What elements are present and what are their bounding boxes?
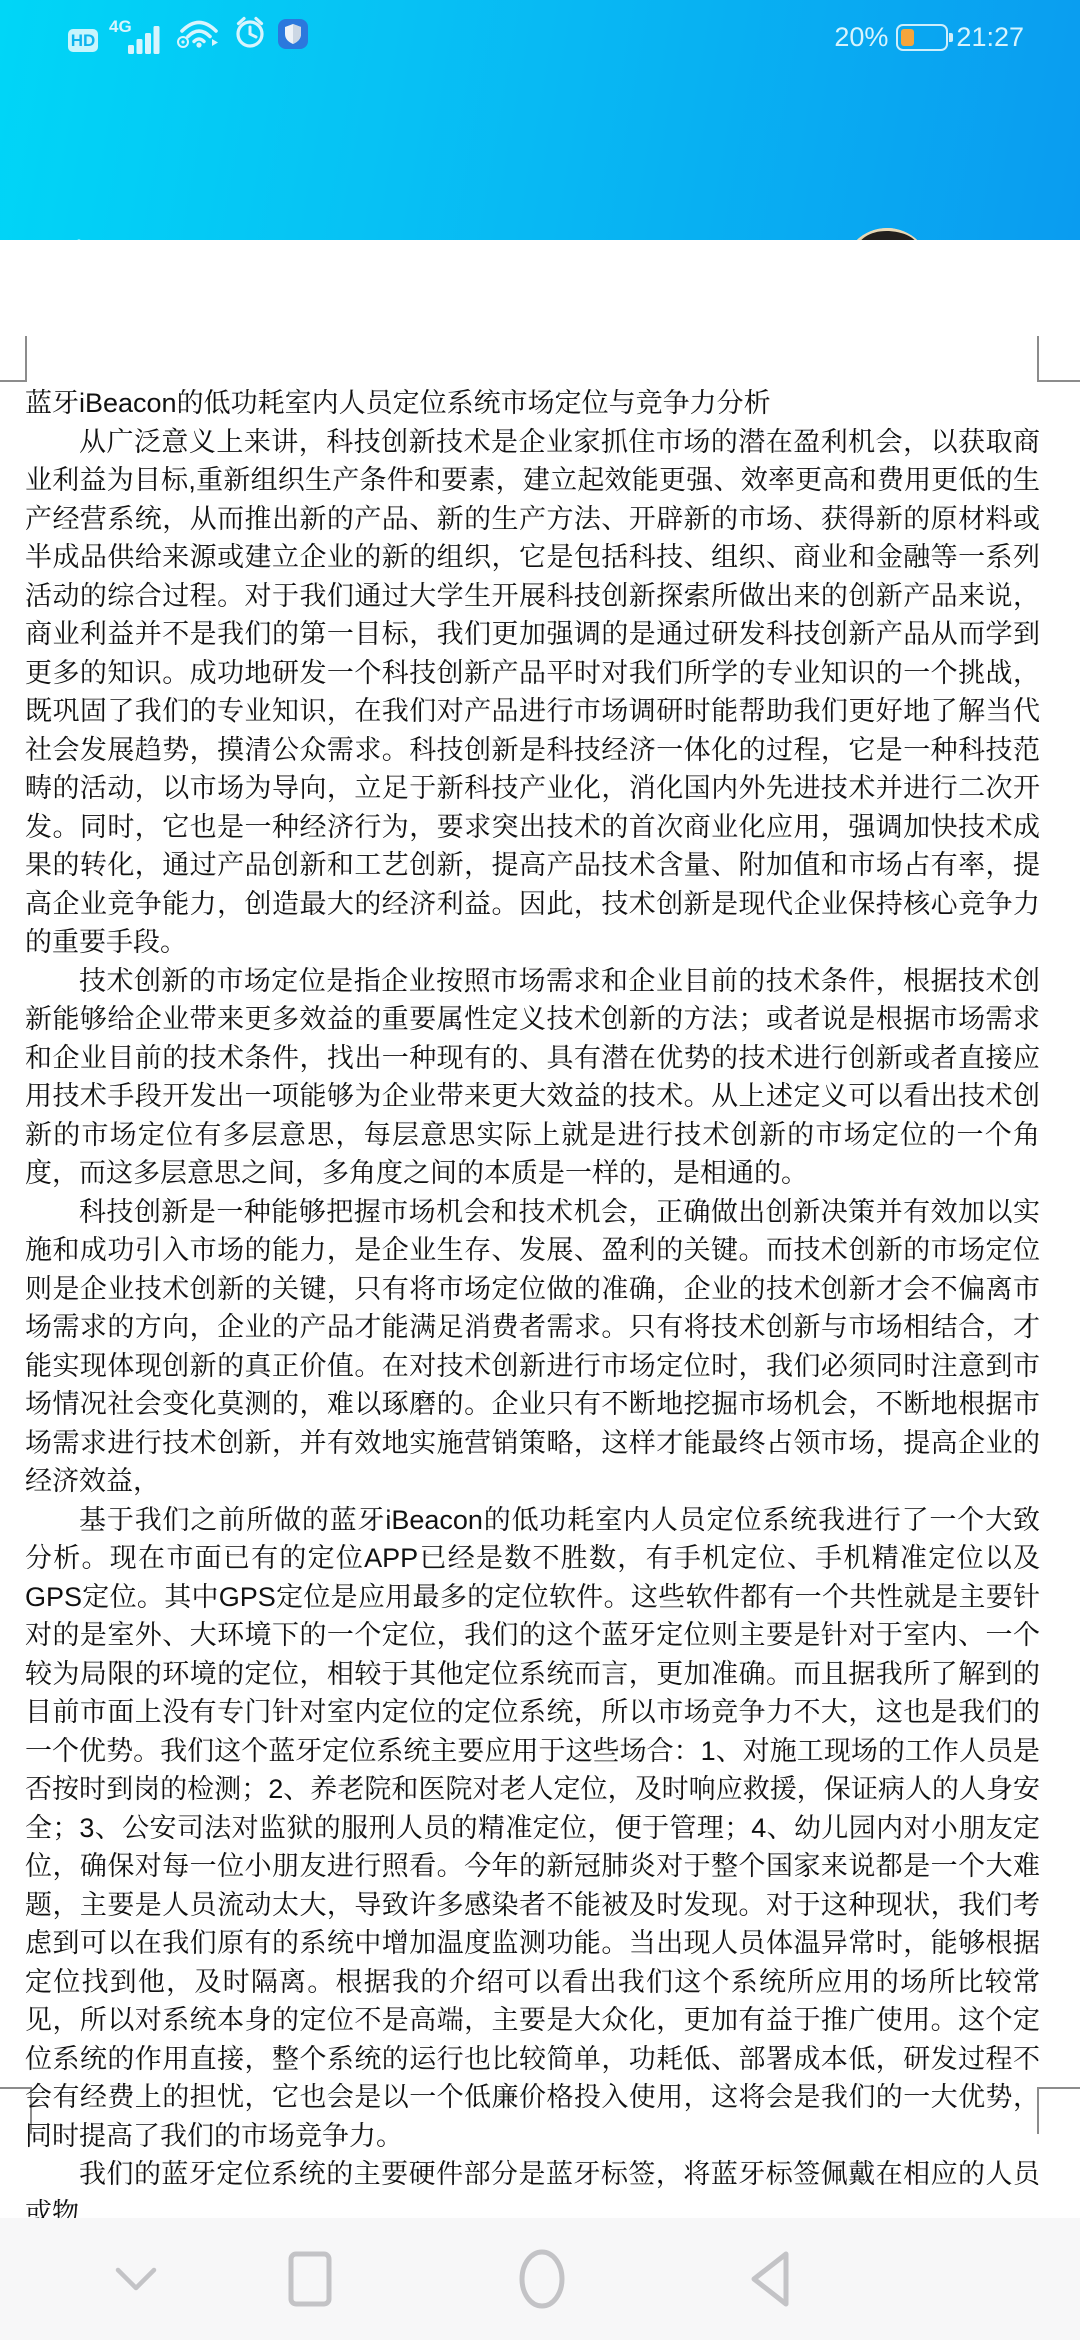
margin-corner-top-right	[1037, 336, 1080, 382]
phone-screen: HD 4G	[0, 0, 1080, 2340]
wifi-icon	[176, 15, 222, 54]
android-nav-bar	[0, 2218, 1080, 2340]
doc-heading: 蓝牙iBeacon的低功耗室内人员定位系统市场定位与竞争力分析	[25, 384, 1040, 423]
hd-badge-icon: HD	[68, 29, 98, 52]
battery-icon	[896, 24, 948, 51]
doc-paragraph: 科技创新是一种能够把握市场机会和技术机会，正确做出创新决策并有效加以实施和成功引…	[25, 1193, 1040, 1501]
doc-paragraph: 从广泛意义上来讲，科技创新技术是企业家抓住市场的潜在盈利机会，以获取商业利益为目…	[25, 423, 1040, 962]
doc-paragraph: 技术创新的市场定位是指企业按照市场需求和企业目前的技术条件，根据技术创新能够给企…	[25, 962, 1040, 1193]
signal-strength-icon: 4G	[109, 20, 165, 54]
clock-label: 21:27	[956, 24, 1024, 51]
document-page[interactable]: 蓝牙iBeacon的低功耗室内人员定位系统市场定位与竞争力分析 从广泛意义上来讲…	[0, 240, 1080, 2218]
doc-paragraph: 我们的蓝牙定位系统的主要硬件部分是蓝牙标签，将蓝牙标签佩戴在相应的人员或物	[25, 2155, 1040, 2218]
title-bar: 创新项目2.docx	[0, 100, 1080, 240]
back-triangle-icon[interactable]	[724, 2218, 814, 2340]
app-header: HD 4G	[0, 0, 1080, 240]
recents-square-icon[interactable]	[265, 2218, 355, 2340]
doc-paragraph: 基于我们之前所做的蓝牙iBeacon的低功耗室内人员定位系统我进行了一个大致分析…	[25, 1501, 1040, 2156]
status-right-cluster: 20% 21:27	[834, 24, 1024, 51]
security-shield-icon	[278, 19, 308, 54]
battery-tip	[949, 33, 953, 42]
battery-fill	[901, 29, 914, 46]
hide-navbar-chevron-icon[interactable]	[91, 2218, 181, 2340]
document-body: 蓝牙iBeacon的低功耗室内人员定位系统市场定位与竞争力分析 从广泛意义上来讲…	[25, 384, 1040, 2218]
margin-corner-top-left	[0, 336, 27, 382]
margin-corner-bottom-right	[1037, 2087, 1080, 2134]
home-circle-icon[interactable]	[497, 2218, 587, 2340]
status-left-cluster: HD 4G	[68, 20, 308, 54]
alarm-clock-icon	[233, 15, 267, 54]
status-bar: HD 4G	[68, 14, 1024, 60]
battery-percent-label: 20%	[834, 24, 888, 51]
